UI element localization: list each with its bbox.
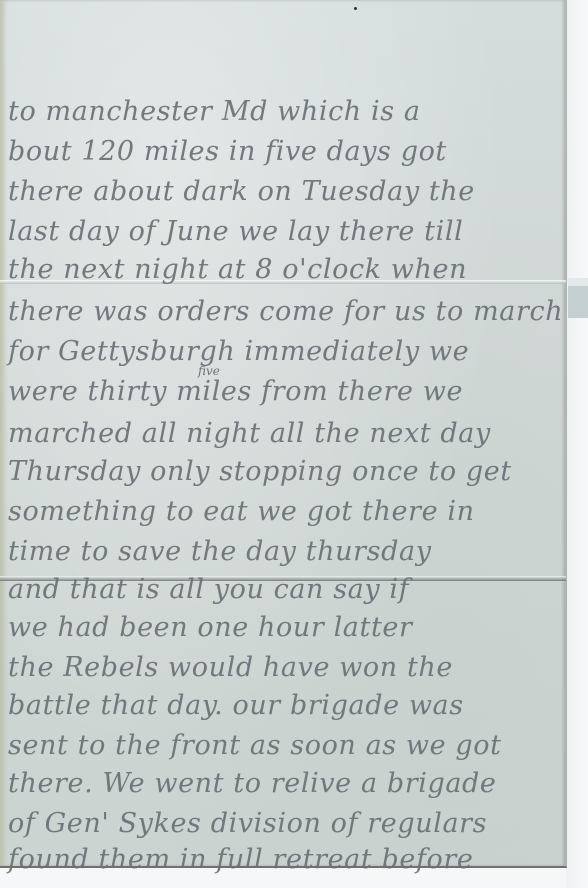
- text-line: bout 120 miles in five days got: [8, 136, 447, 167]
- text-line: battle that day. our brigade was: [8, 690, 464, 721]
- background-band-shadow: [568, 286, 588, 318]
- text-line: Thursday only stopping once to get: [8, 456, 512, 487]
- text-line: time to save the day thursday: [8, 536, 432, 567]
- text-line: sent to the front as soon as we got: [8, 730, 502, 761]
- text-line: there. We went to relive a brigade: [8, 768, 497, 799]
- text-line: found them in full retreat before: [8, 844, 473, 875]
- text-line: there about dark on Tuesday the: [8, 176, 475, 207]
- text-line: we had been one hour latter: [8, 612, 412, 643]
- text-line: last day of June we lay there till: [8, 216, 463, 247]
- text-line: were thirty miles from there we: [8, 376, 463, 407]
- paper-edge: [0, 0, 8, 866]
- text-line: there was orders come for us to march: [8, 296, 563, 327]
- paper-speck: [354, 7, 357, 10]
- text-line: and that is all you can say if: [8, 574, 409, 605]
- text-line: the next night at 8 o'clock when: [8, 254, 467, 285]
- text-line: to manchester Md which is a: [8, 96, 421, 127]
- text-line: of Gen' Sykes division of regulars: [8, 808, 487, 839]
- scan-canvas: to manchester Md which is a bout 120 mil…: [0, 0, 588, 888]
- text-line: the Rebels would have won the: [8, 652, 453, 683]
- letter-page: to manchester Md which is a bout 120 mil…: [0, 0, 567, 868]
- text-line: for Gettysburgh immediately we: [8, 336, 469, 367]
- background-margin: [566, 0, 588, 888]
- text-line: marched all night all the next day: [8, 418, 491, 449]
- background-band: [568, 278, 588, 286]
- text-line: something to eat we got there in: [8, 496, 475, 527]
